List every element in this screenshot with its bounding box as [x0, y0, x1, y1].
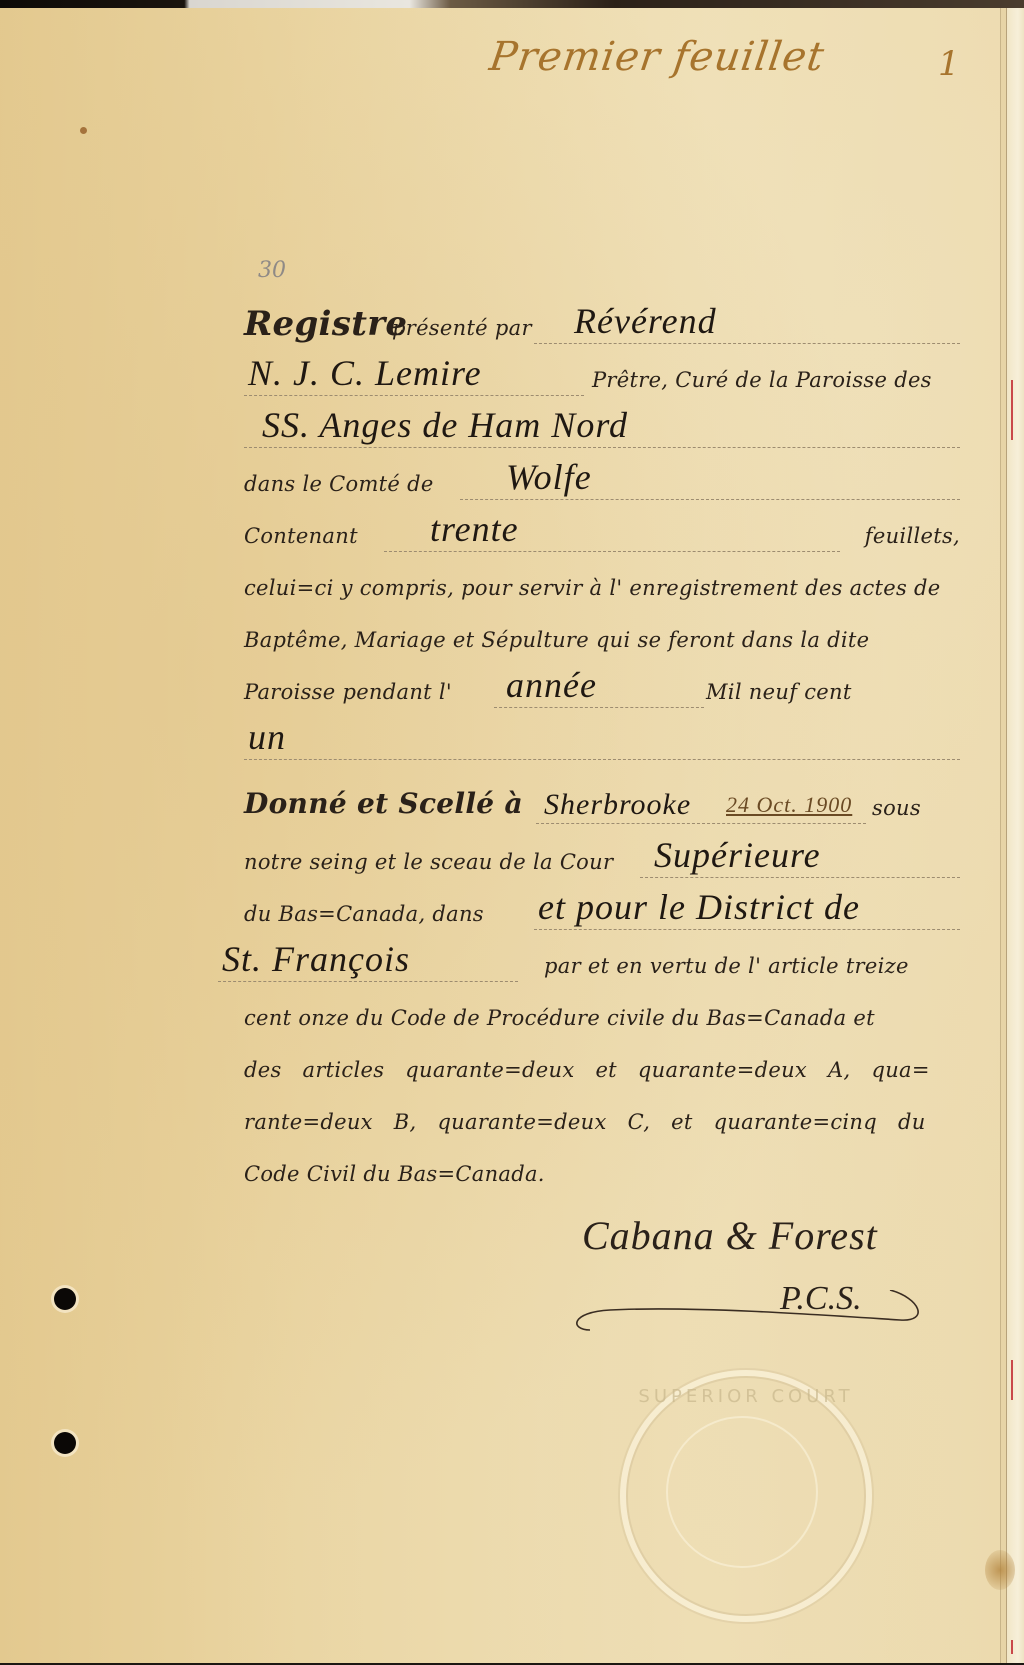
- printed-text: Prêtre, Curé de la Paroisse des: [592, 368, 932, 392]
- register-line: Donné et Scellé à Sherbrooke 24 Oct. 190…: [244, 780, 960, 830]
- register-line: celui=ci y compris, pour servir à l' enr…: [244, 560, 960, 610]
- county-name: Wolfe: [506, 456, 592, 498]
- header-note: Premier feuillet: [487, 34, 828, 80]
- printed-text: Paroisse pendant l': [244, 680, 452, 704]
- sealed-date: 24 Oct. 1900: [726, 792, 852, 818]
- printed-text: Mil neuf cent: [706, 680, 852, 704]
- register-line: N. J. C. Lemire Prêtre, Curé de la Paroi…: [244, 352, 960, 402]
- red-edge-mark: [1011, 380, 1013, 440]
- printed-text: des articles quarante=deux et quarante=d…: [244, 1058, 930, 1082]
- district-name: St. François: [222, 938, 410, 980]
- register-line: un: [244, 716, 960, 766]
- printed-text: Code Civil du Bas=Canada.: [244, 1162, 545, 1186]
- printed-text: Baptême, Mariage et Sépulture qui se fer…: [244, 628, 869, 652]
- printed-text: dans le Comté de: [244, 472, 434, 496]
- embossed-court-seal: SUPERIOR COURT: [620, 1370, 872, 1622]
- printed-text: rante=deux B, quarante=deux C, et quaran…: [244, 1110, 926, 1134]
- seal-inner-ring: [666, 1416, 818, 1568]
- clerk-signature: Cabana & Forest: [582, 1212, 878, 1259]
- register-line: Code Civil du Bas=Canada.: [244, 1146, 960, 1196]
- register-line: du Bas=Canada, dans et pour le District …: [244, 886, 960, 936]
- printed-text: notre seing et le sceau de la Cour: [244, 850, 613, 874]
- signature-flourish: [570, 1290, 930, 1350]
- register-line: dans le Comté de Wolfe: [244, 456, 960, 506]
- fill-line: [244, 395, 584, 396]
- parish-name: SS. Anges de Ham Nord: [262, 404, 628, 446]
- register-line: Baptême, Mariage et Sépulture qui se fer…: [244, 612, 960, 662]
- handwritten-entry: Révérend: [574, 300, 717, 342]
- register-line: des articles quarante=deux et quarante=d…: [244, 1042, 960, 1092]
- fill-line: [244, 759, 960, 760]
- fill-line: [536, 823, 866, 824]
- court-name: Supérieure: [654, 834, 821, 876]
- priest-name: N. J. C. Lemire: [248, 352, 482, 394]
- fill-line: [534, 929, 960, 930]
- district-phrase: et pour le District de: [538, 886, 860, 928]
- printed-text: présenté par: [392, 316, 532, 340]
- seal-text: SUPERIOR COURT: [626, 1386, 866, 1407]
- sealed-place: Sherbrooke: [544, 788, 691, 822]
- registre-heading: Registre: [244, 304, 407, 344]
- fill-line: [384, 551, 840, 552]
- leaf-number: 1: [938, 44, 960, 84]
- fill-line: [218, 981, 518, 982]
- leaf-count: trente: [430, 508, 519, 550]
- register-line: rante=deux B, quarante=deux C, et quaran…: [244, 1094, 960, 1144]
- register-line: SS. Anges de Ham Nord: [244, 404, 960, 454]
- red-edge-mark: [1011, 1360, 1013, 1400]
- stacked-pages-edge: [1006, 8, 1024, 1663]
- printed-text: Donné et Scellé à: [244, 787, 523, 820]
- year-word: année: [506, 664, 597, 706]
- printed-text: cent onze du Code de Procédure civile du…: [244, 1006, 875, 1030]
- fill-line: [494, 707, 704, 708]
- printed-text: Contenant: [244, 524, 358, 548]
- fill-line: [460, 499, 960, 500]
- stain: [985, 1550, 1015, 1590]
- fill-line: [244, 447, 960, 448]
- register-line: cent onze du Code de Procédure civile du…: [244, 990, 960, 1040]
- register-line: Paroisse pendant l' année Mil neuf cent: [244, 664, 960, 714]
- printed-text: sous: [872, 796, 921, 820]
- scan-top-edge: [0, 0, 1024, 8]
- register-line: notre seing et le sceau de la Cour Supér…: [244, 834, 960, 884]
- foxing-spot: [80, 127, 87, 134]
- binding-hole: [54, 1288, 76, 1310]
- printed-text: du Bas=Canada, dans: [244, 902, 484, 926]
- printed-text: feuillets,: [865, 524, 960, 548]
- register-line: Contenant trente feuillets,: [244, 508, 960, 558]
- printed-text: celui=ci y compris, pour servir à l' enr…: [244, 576, 941, 600]
- red-edge-mark: [1011, 1640, 1013, 1654]
- register-line: Registre présenté par Révérend: [244, 300, 960, 350]
- fill-line: [640, 877, 960, 878]
- fill-line: [534, 343, 960, 344]
- binding-hole: [54, 1432, 76, 1454]
- register-line: St. François par et en vertu de l' artic…: [218, 938, 960, 988]
- printed-text: par et en vertu de l' article treize: [544, 954, 909, 978]
- year-value: un: [248, 716, 286, 758]
- pencil-folio-number: 30: [258, 258, 286, 283]
